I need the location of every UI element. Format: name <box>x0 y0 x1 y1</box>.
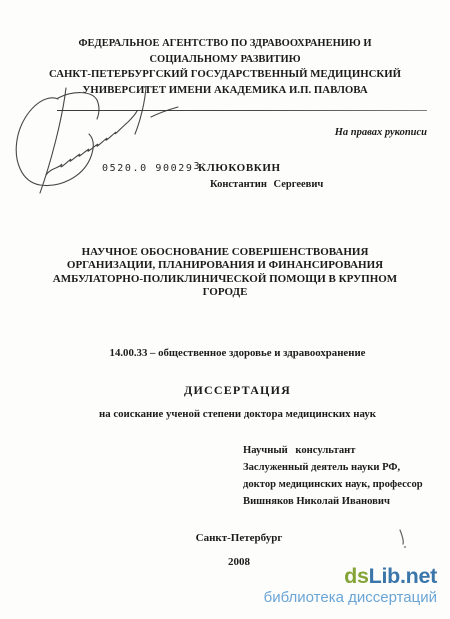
specialty-code: 14.00.33 – общественное здоровье и здрав… <box>25 347 450 359</box>
title-line-4: ГОРОДЕ <box>0 286 450 299</box>
title-line-3: АМБУЛАТОРНО-ПОЛИКЛИНИЧЕСКОЙ ПОМОЩИ В КРУ… <box>0 273 450 286</box>
dslib-watermark: dsLib.net библиотека диссертаций <box>264 566 437 605</box>
stamp-number: 0520.0 90029 <box>102 163 193 174</box>
registration-stamp-number: 0520.0 900293- <box>102 163 205 174</box>
university-line-1: САНКТ-ПЕТЕРБУРГСКИЙ ГОСУДАРСТВЕННЫЙ МЕДИ… <box>0 67 450 83</box>
handwritten-signature-icon <box>8 85 188 197</box>
document-type: ДИССЕРТАЦИЯ <box>25 383 450 398</box>
consultant-line-3: доктор медицинских наук, профессор <box>243 477 423 494</box>
dslib-tagline: библиотека диссертаций <box>264 590 437 605</box>
consultant-line-2: Заслуженный деятель науки РФ, <box>243 460 423 477</box>
dslib-logo: dsLib.net <box>264 566 437 588</box>
dslib-logo-green-part: ds <box>344 564 369 588</box>
agency-line-2: СОЦИАЛЬНОМУ РАЗВИТИЮ <box>0 52 450 68</box>
agency-line-1: ФЕДЕРАЛЬНОЕ АГЕНТСТВО ПО ЗДРАВООХРАНЕНИЮ… <box>0 36 450 52</box>
author-given-name: Константин Сергеевич <box>210 179 323 190</box>
consultant-block: Научный консультант Заслуженный деятель … <box>243 443 423 511</box>
title-line-2: ОРГАНИЗАЦИИ, ПЛАНИРОВАНИЯ И ФИНАНСИРОВАН… <box>0 259 450 272</box>
consultant-name: Вишняков Николай Иванович <box>243 494 423 511</box>
dissertation-title: НАУЧНОЕ ОБОСНОВАНИЕ СОВЕРШЕНСТВОВАНИЯ ОР… <box>0 246 450 300</box>
dslib-logo-blue-part: Lib.net <box>369 564 437 588</box>
dissertation-title-page: ФЕДЕРАЛЬНОЕ АГЕНТСТВО ПО ЗДРАВООХРАНЕНИЮ… <box>0 0 450 619</box>
author-surname: КЛЮКОВКИН <box>198 162 281 174</box>
manuscript-rights-note: На правах рукописи <box>335 127 427 138</box>
city-label: Санкт-Петербург <box>28 532 450 544</box>
consultant-heading: Научный консультант <box>243 443 423 460</box>
degree-line: на соискание ученой степени доктора меди… <box>25 408 450 420</box>
title-line-1: НАУЧНОЕ ОБОСНОВАНИЕ СОВЕРШЕНСТВОВАНИЯ <box>0 246 450 259</box>
agency-header: ФЕДЕРАЛЬНОЕ АГЕНТСТВО ПО ЗДРАВООХРАНЕНИЮ… <box>0 36 450 67</box>
